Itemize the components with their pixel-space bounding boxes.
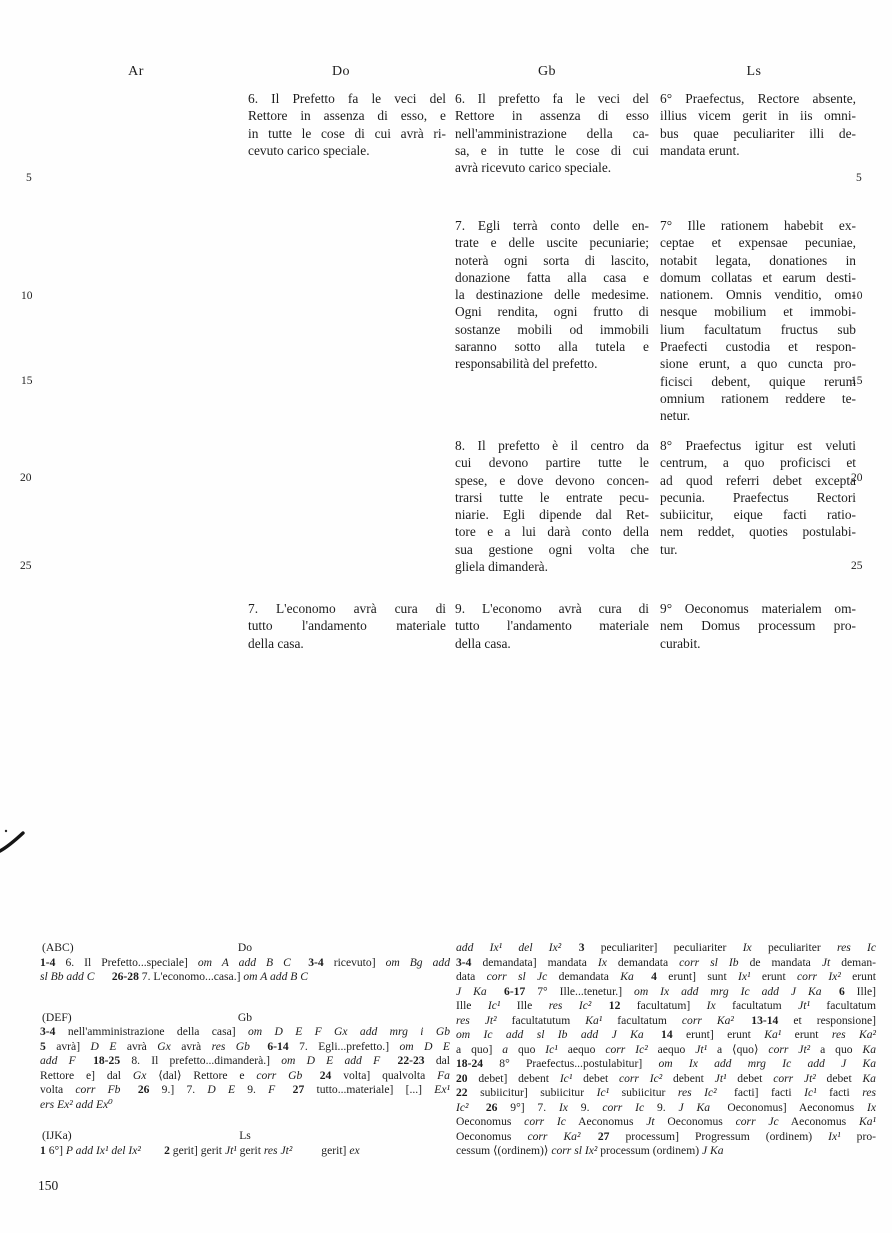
apparatus-column-ref: Ls — [239, 1129, 251, 1144]
book-page: Ar Do Gb Ls 5 10 15 20 25 5 10 15 20 25 … — [0, 0, 892, 1233]
apparatus-right: add Ix¹ del Ix² 3 peculiariter] peculiar… — [456, 941, 876, 1159]
line-number-left-25: 25 — [20, 560, 32, 572]
apparatus-column-ref: Gb — [238, 1011, 252, 1026]
witness-sigla: (IJKa) — [42, 1129, 72, 1144]
gb-paragraph-6: 6. Il prefetto fa le veci delRettore in … — [455, 90, 649, 176]
line-number-left-10: 10 — [21, 290, 33, 302]
gb-paragraph-8: 8. Il prefetto è il centro dacui devono … — [455, 437, 649, 575]
apparatus-column-ref: Do — [238, 941, 252, 956]
line-number-right-5: 5 — [856, 172, 862, 184]
apparatus-group-ijka: (IJKa) Ls 1 6°] P add Ix¹ del Ix² 2 geri… — [40, 1129, 450, 1158]
page-number: 150 — [38, 1178, 58, 1194]
line-number-right-25: 25 — [851, 560, 863, 572]
apparatus-group-abc: (ABC) Do 1-4 6. Il Prefetto...speciale] … — [40, 941, 450, 985]
column-header-gb: Gb — [538, 64, 556, 80]
apparatus-left: (ABC) Do 1-4 6. Il Prefetto...speciale] … — [40, 941, 450, 1158]
apparatus-entries: 1 6°] P add Ix¹ del Ix² 2 gerit] gerit J… — [40, 1144, 450, 1159]
column-header-ar: Ar — [128, 64, 144, 80]
line-number-left-15: 15 — [21, 375, 33, 387]
ls-paragraph-8: 8° Praefectus igitur est veluticentrum, … — [660, 437, 856, 558]
ls-paragraph-7: 7° Ille rationem habebit ex-ceptae et ex… — [660, 217, 856, 425]
do-paragraph-6: 6. Il Prefetto fa le veci delRettore in … — [248, 90, 446, 159]
ls-paragraph-6: 6° Praefectus, Rectore absente,illius vi… — [660, 90, 856, 159]
apparatus-entries: 1-4 6. Il Prefetto...speciale] om A add … — [40, 956, 450, 985]
apparatus-entries: 3-4 nell'amministrazione della casa] om … — [40, 1025, 450, 1112]
line-number-left-20: 20 — [20, 472, 32, 484]
apparatus-group-def-header: (DEF) Gb — [40, 1011, 450, 1026]
witness-sigla: (DEF) — [42, 1011, 72, 1026]
pen-mark — [0, 824, 28, 858]
gb-paragraph-9: 9. L'economo avrà cura ditutto l'andamen… — [455, 600, 649, 652]
column-header-ls: Ls — [747, 64, 762, 80]
line-number-left-5: 5 — [26, 172, 32, 184]
apparatus-group-def: (DEF) Gb 3-4 nell'amministrazione della … — [40, 1011, 450, 1113]
ls-paragraph-9: 9° Oeconomus materialem om-nem Domus pro… — [660, 600, 856, 652]
gb-paragraph-7: 7. Egli terrà conto delle en-trate e del… — [455, 217, 649, 373]
witness-sigla: (ABC) — [42, 941, 74, 956]
apparatus-group-abc-header: (ABC) Do — [40, 941, 450, 956]
apparatus-group-ijka-header: (IJKa) Ls — [40, 1129, 450, 1144]
do-paragraph-7: 7. L'economo avrà cura ditutto l'andamen… — [248, 600, 446, 652]
apparatus-entries: add Ix¹ del Ix² 3 peculiariter] peculiar… — [456, 941, 876, 1159]
column-header-do: Do — [332, 64, 350, 80]
